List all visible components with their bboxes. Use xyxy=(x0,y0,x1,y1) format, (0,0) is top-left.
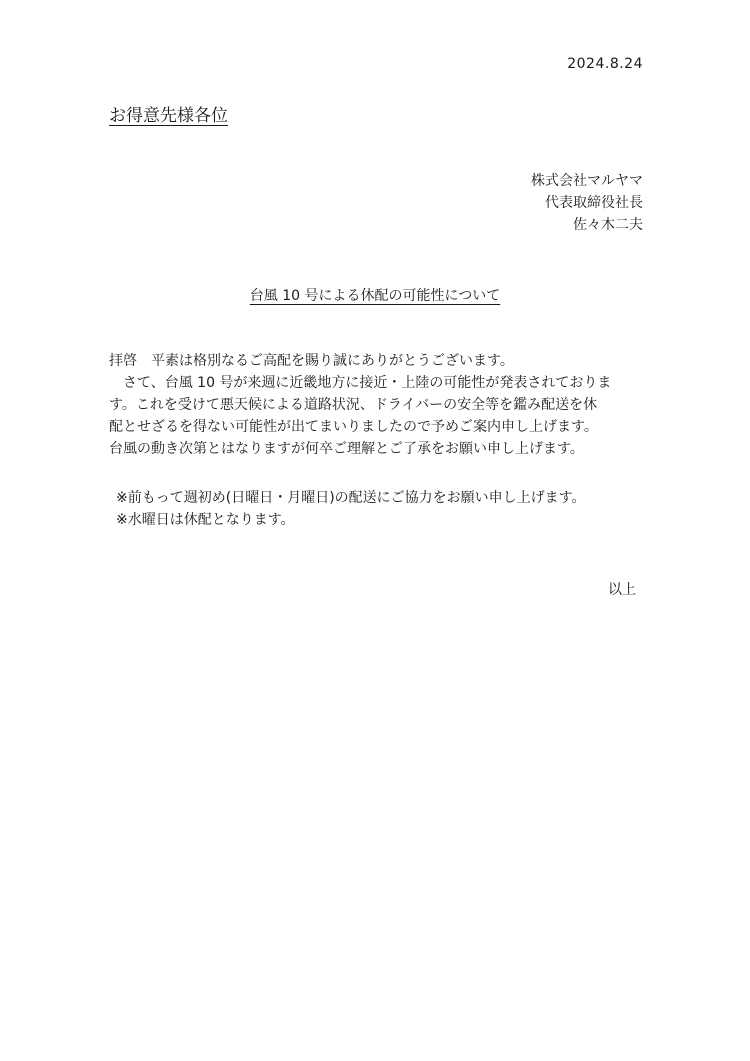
document-date: 2024.8.24 xyxy=(567,56,643,72)
sender-name: 佐々木二夫 xyxy=(531,214,643,236)
sender-block: 株式会社マルヤマ 代表取締役社長 佐々木二夫 xyxy=(531,170,643,236)
recipient-heading: お得意先様各位 xyxy=(109,101,228,126)
body-line: す。これを受けて悪天候による道路状況、ドライバーの安全等を鑑み配送を休 xyxy=(109,394,649,416)
notes-block: ※前もって週初め(日曜日・月曜日)の配送にご協力をお願い申し上げます。 ※水曜日… xyxy=(116,487,586,531)
body-line: 拝啓 平素は格別なるご高配を賜り誠にありがとうございます。 xyxy=(109,350,649,372)
note-item: ※水曜日は休配となります。 xyxy=(116,509,586,531)
note-item: ※前もって週初め(日曜日・月曜日)の配送にご協力をお願い申し上げます。 xyxy=(116,487,586,509)
closing-text: 以上 xyxy=(608,579,636,599)
body-line: 配とせざるを得ない可能性が出てまいりましたので予めご案内申し上げます。 xyxy=(109,416,649,438)
body-text: 拝啓 平素は格別なるご高配を賜り誠にありがとうございます。 さて、台風 10 号… xyxy=(109,350,649,460)
sender-position: 代表取締役社長 xyxy=(531,192,643,214)
body-line: 台風の動き次第とはなりますが何卒ご理解とご了承をお願い申し上げます。 xyxy=(109,438,649,460)
body-line: さて、台風 10 号が来週に近畿地方に接近・上陸の可能性が発表されておりま xyxy=(109,372,649,394)
sender-company: 株式会社マルヤマ xyxy=(531,170,643,192)
document-title: 台風 10 号による休配の可能性について xyxy=(0,285,750,305)
